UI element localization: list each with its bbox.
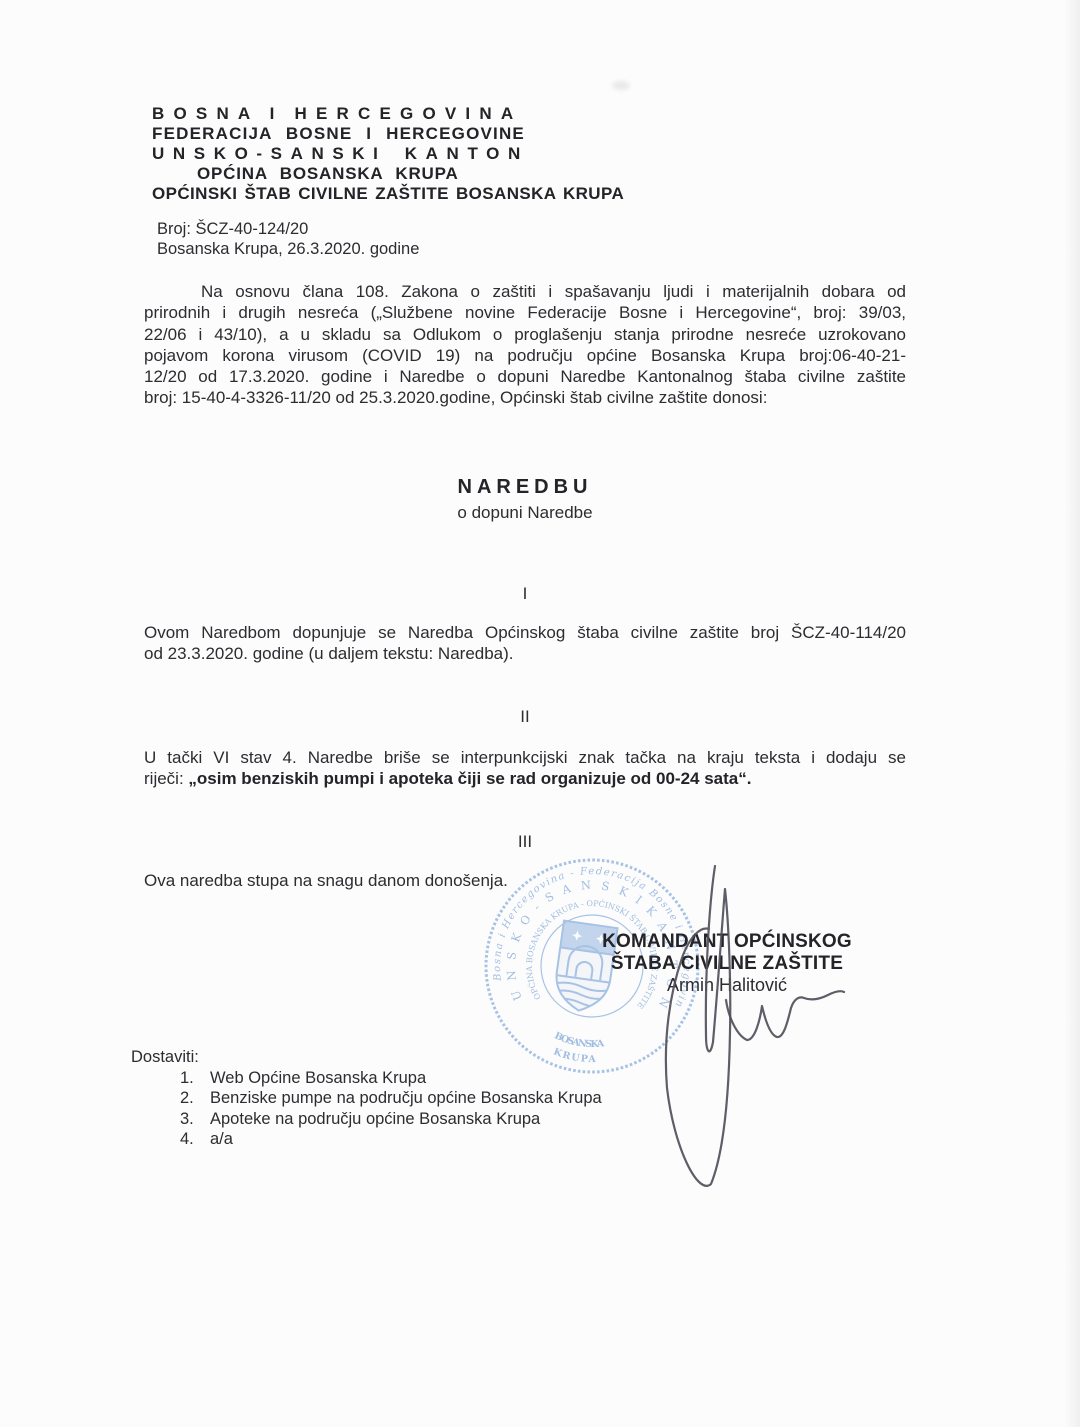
letterhead: BOSNA I HERCEGOVINA FEDERACIJA BOSNE I H…: [152, 104, 624, 204]
distribution-item-number: 3.: [180, 1109, 210, 1129]
preamble-paragraph: Na osnovu člana 108. Zakona o zaštiti i …: [144, 281, 906, 409]
distribution-item-number: 2.: [180, 1088, 210, 1108]
handwritten-signature-icon: [590, 855, 860, 1205]
section-1-numeral: I: [144, 583, 906, 604]
letterhead-federation: FEDERACIJA BOSNE I HERCEGOVINE: [152, 124, 624, 144]
distribution-item: 2. Benziske pumpe na području općine Bos…: [131, 1088, 602, 1108]
section-2-text: U tački VI stav 4. Naredbe briše se inte…: [144, 747, 906, 790]
preamble-line: Na osnovu člana 108. Zakona o zaštiti i …: [144, 281, 906, 302]
letterhead-staff: OPĆINSKI ŠTAB CIVILNE ZAŠTITE BOSANSKA K…: [152, 184, 624, 204]
section-2-numeral: II: [144, 706, 906, 727]
distribution-label: Dostaviti:: [131, 1048, 602, 1066]
distribution-item: 3. Apoteke na području općine Bosanska K…: [131, 1109, 602, 1129]
distribution-item: 4. a/a: [131, 1129, 602, 1149]
scan-artifact: [612, 81, 630, 90]
order-title: NAREDBU: [144, 477, 906, 498]
letterhead-canton: UNSKO-SANSKI KANTON: [152, 144, 624, 164]
preamble-line: 22/06 i 43/10), a u skladu sa Odlukom o …: [144, 324, 906, 345]
distribution-list: Dostaviti: 1. Web Općine Bosanska Krupa …: [131, 1048, 602, 1149]
distribution-item-text: a/a: [210, 1129, 233, 1149]
distribution-item-text: Apoteke na području općine Bosanska Krup…: [210, 1109, 540, 1129]
order-subtitle: o dopuni Naredbe: [144, 502, 906, 523]
preamble-line: prirodnih i drugih nesreća („Službene no…: [144, 302, 906, 323]
section-2-line: U tački VI stav 4. Naredbe briše se inte…: [144, 747, 906, 768]
letterhead-municipality: OPĆINA BOSANSKA KRUPA: [152, 164, 624, 184]
section-2-line-bold: „osim benziskih pumpi i apoteka čiji se …: [188, 769, 751, 788]
distribution-item-text: Benziske pumpe na području općine Bosans…: [210, 1088, 602, 1108]
distribution-item-number: 1.: [180, 1068, 210, 1088]
section-1-line: Ovom Naredbom dopunjuje se Naredba Općin…: [144, 622, 906, 643]
section-3-numeral: III: [144, 831, 906, 852]
section-2-line: riječi: „osim benziskih pumpi i apoteka …: [144, 768, 906, 789]
section-2-line-normal: riječi:: [144, 769, 188, 788]
reference-block: Broj: ŠCZ-40-124/20 Bosanska Krupa, 26.3…: [157, 220, 419, 259]
document-page: BOSNA I HERCEGOVINA FEDERACIJA BOSNE I H…: [0, 0, 1080, 1427]
preamble-line: 12/20 od 17.3.2020. godine i Naredbe o d…: [144, 366, 906, 387]
distribution-item-number: 4.: [180, 1129, 210, 1149]
section-1-line: od 23.3.2020. godine (u daljem tekstu: N…: [144, 643, 906, 664]
reference-number: Broj: ŠCZ-40-124/20: [157, 220, 419, 240]
reference-place-date: Bosanska Krupa, 26.3.2020. godine: [157, 240, 419, 260]
preamble-line: broj: 15-40-4-3326-11/20 od 25.3.2020.go…: [144, 387, 906, 408]
letterhead-country: BOSNA I HERCEGOVINA: [152, 104, 624, 124]
distribution-item-text: Web Općine Bosanska Krupa: [210, 1068, 426, 1088]
preamble-line: pojavom korona virusom (COVID 19) na pod…: [144, 345, 906, 366]
distribution-item: 1. Web Općine Bosanska Krupa: [131, 1068, 602, 1088]
section-1-text: Ovom Naredbom dopunjuje se Naredba Općin…: [144, 622, 906, 665]
